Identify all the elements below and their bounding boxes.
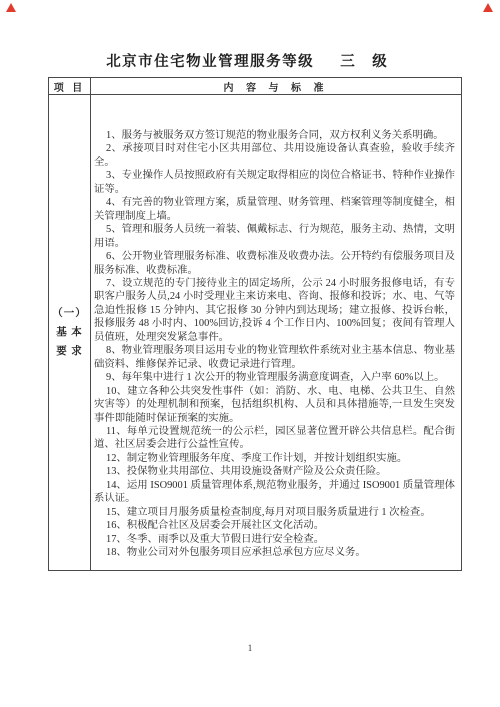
standard-item: 12、制定物业管理服务年度、季度工作计划，并按计划组织实施。 [94, 452, 455, 465]
category-line: 要 求 [56, 342, 83, 361]
standard-item: 16、积极配合社区及居委会开展社区文化活动。 [94, 519, 455, 532]
standard-item: 18、物业公司对外包服务项目应承担总承包方应尽义务。 [94, 546, 455, 559]
standard-item: 14、运用 ISO9001 质量管理体系,规范物业服务，并通过 ISO9001 … [94, 479, 455, 506]
table-header-item-col: 项 目 [49, 78, 91, 95]
standard-item: 6、公开物业管理服务标准、收费标准及收费办法。公开特约有偿服务项目及服务标准、收… [94, 250, 455, 277]
standard-item: 3、专业操作人员按照政府有关规定取得相应的岗位合格证书、特种作业操作证等。 [94, 169, 455, 196]
standard-item: 10、建立各种公共突发性事件（如：消防、水、电、电梯、公共卫生、自然灾害等）的处… [94, 385, 455, 425]
standard-item: 5、管理和服务人员统一着装、佩戴标志、行为规范，服务主动、热情，文明用语。 [94, 223, 455, 250]
red-triangle-icon [483, 3, 493, 12]
standards-list: 1、服务与被服务双方签订规范的物业服务合同，双方权利义务关系明确。2、承接项目时… [91, 95, 461, 570]
standard-item: 2、承接项目时对住宅小区共用部位、共用设施设备认真查验，验收手续齐全。 [94, 142, 455, 169]
table-header-content-col: 内 容 与 标 准 [91, 78, 461, 95]
standard-item: 7、设立规范的专门接待业主的固定场所，公示 24 小时服务报修电话，有专职客户服… [94, 277, 455, 344]
standard-item: 8、物业管理服务项目运用专业的物业管理软件系统对业主基本信息、物业基础资料、维修… [94, 344, 455, 371]
red-triangle-icon [6, 3, 16, 12]
category-cell: （一）基 本要 求 [49, 95, 91, 570]
standard-item: 13、投保物业共用部位、共用设施设备财产险及公众责任险。 [94, 465, 455, 478]
standard-item: 1、服务与被服务双方签订规范的物业服务合同，双方权利义务关系明确。 [94, 129, 455, 142]
standards-table: 项 目 内 容 与 标 准 （一）基 本要 求 1、服务与被服务双方签订规范的物… [48, 77, 462, 571]
document-page: 北京市住宅物业管理服务等级三 级 项 目 内 容 与 标 准 （一）基 本要 求… [0, 0, 500, 707]
standard-item: 17、冬季、雨季以及重大节假日进行安全检查。 [94, 533, 455, 546]
standard-item: 15、建立项目月服务质量检查制度,每月对项目服务质量进行 1 次检查。 [94, 506, 455, 519]
document-title-level: 三 级 [340, 54, 394, 70]
standard-item: 11、每单元设置规范统一的公示栏，园区显著位置开辟公共信息栏。配合街道、社区居委… [94, 425, 455, 452]
standard-item: 4、有完善的物业管理方案，质量管理、财务管理、档案管理等制度健全，相关管理制度上… [94, 196, 455, 223]
category-line: 基 本 [56, 323, 83, 342]
document-title: 北京市住宅物业管理服务等级三 级 [0, 50, 500, 71]
standard-item: 9、每年集中进行 1 次公开的物业管理服务满意度调查，入户率 60%以上。 [94, 371, 455, 384]
document-title-main: 北京市住宅物业管理服务等级 [106, 54, 314, 70]
category-line: （一） [52, 304, 87, 323]
page-number: 1 [0, 643, 500, 653]
